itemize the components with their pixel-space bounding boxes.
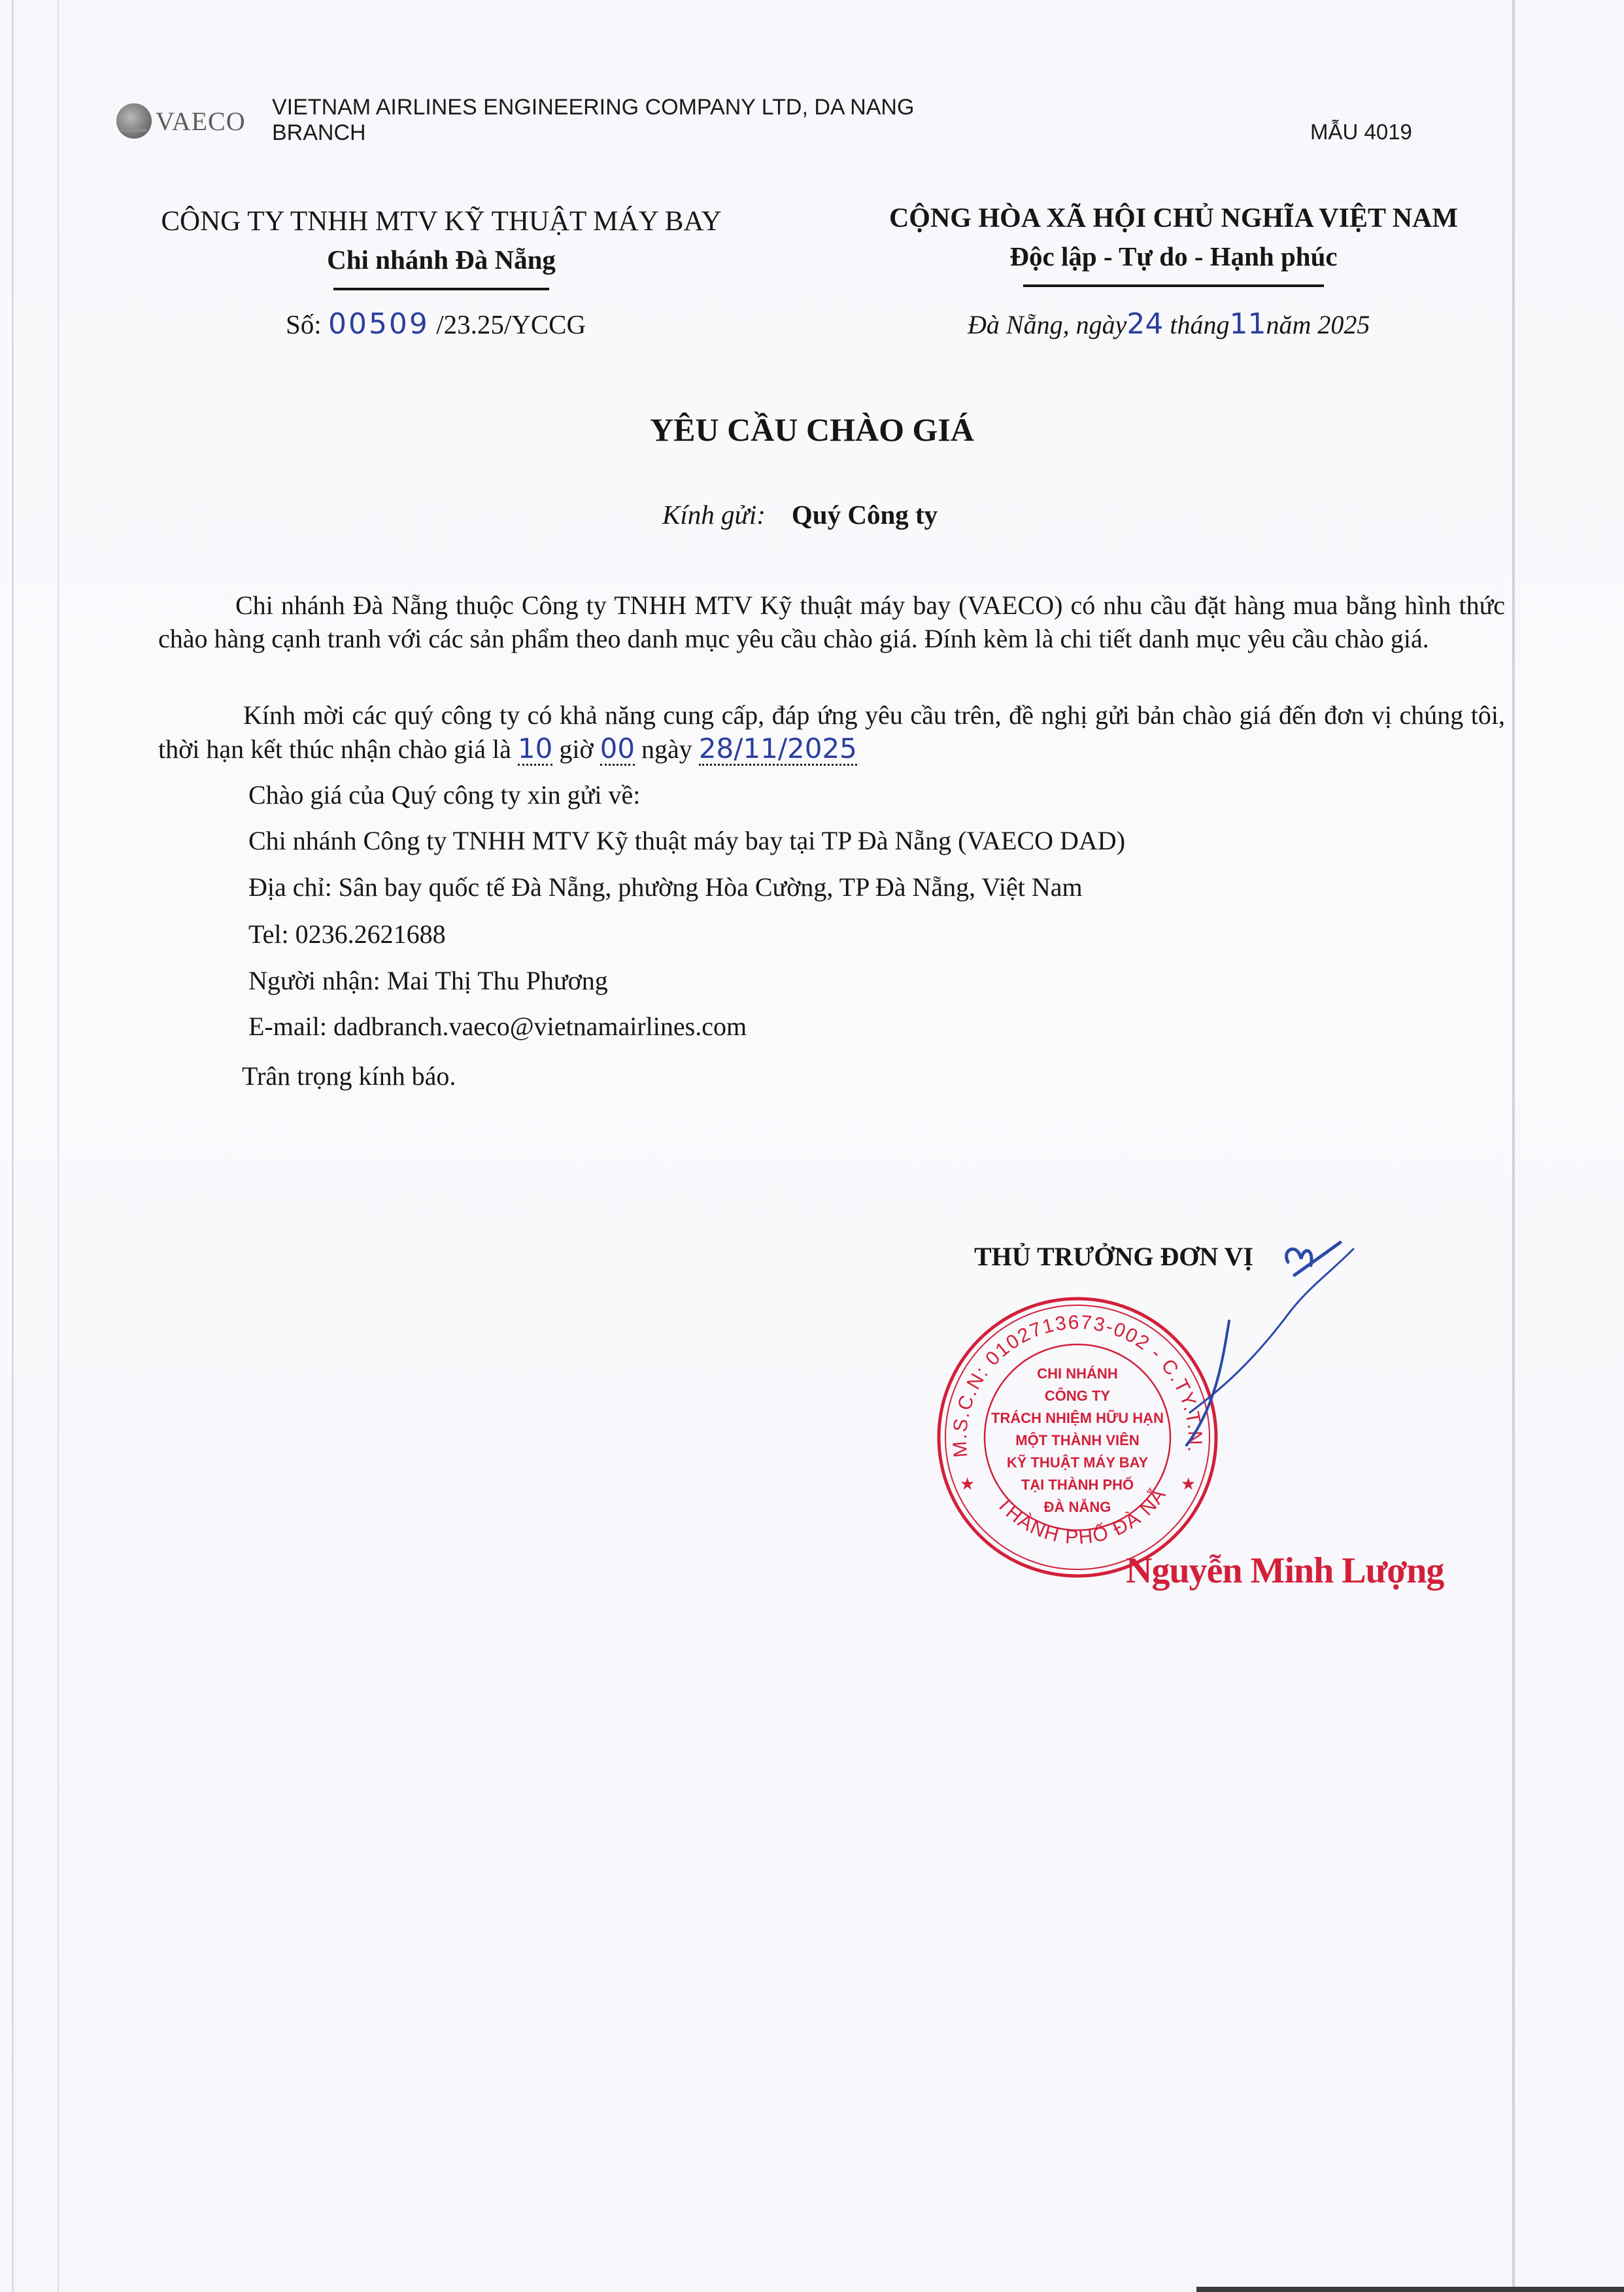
- issuer-heading: CÔNG TY TNHH MTV KỸ THUẬT MÁY BAY Chi nh…: [157, 203, 726, 290]
- date-line: Đà Nẵng, ngày24 tháng11năm 2025: [968, 307, 1370, 341]
- contact-branch: Chi nhánh Công ty TNHH MTV Kỹ thuật máy …: [248, 825, 1125, 856]
- scan-edge-line: [12, 0, 14, 2292]
- stamp-inner-line: CÔNG TY: [1045, 1388, 1111, 1404]
- scan-edge-line: [58, 0, 59, 2292]
- salutation: Kính gửi:Quý Công ty: [662, 499, 938, 530]
- scan-fold-line: [1512, 0, 1515, 2292]
- scan-bottom-strip: [1196, 2287, 1624, 2292]
- contact-recipient: Người nhận: Mai Thị Thu Phương: [248, 965, 608, 996]
- date-month: 11: [1229, 307, 1266, 341]
- branch-name: Chi nhánh Đà Nẵng: [157, 241, 726, 279]
- year-label: năm 2025: [1266, 310, 1370, 339]
- paragraph-deadline: Kính mời các quý công ty có khả năng cun…: [158, 698, 1505, 766]
- heading-divider: [333, 288, 549, 290]
- month-label: tháng: [1170, 310, 1229, 339]
- deadline-minute: 00: [600, 732, 635, 764]
- document-title: YÊU CẦU CHÀO GIÁ: [0, 411, 1624, 449]
- star-icon: ★: [1181, 1475, 1196, 1494]
- stamp-inner-line: MỘT THÀNH VIÊN: [1015, 1432, 1139, 1448]
- signer-name: Nguyễn Minh Lượng: [1126, 1550, 1444, 1592]
- contact-intro: Chào giá của Quý công ty xin gửi về:: [248, 779, 640, 810]
- form-code: MẪU 4019: [1310, 120, 1412, 145]
- document-page: VAECO VIETNAM AIRLINES ENGINEERING COMPA…: [0, 0, 1624, 2292]
- stamp-inner-line: TRÁCH NHIỆM HỮU HẠN: [991, 1410, 1164, 1426]
- national-heading: CỘNG HÒA XÃ HỘI CHỦ NGHĨA VIỆT NAM Độc l…: [870, 199, 1478, 287]
- date-day: 24: [1126, 307, 1163, 341]
- stamp-inner-line: CHI NHÁNH: [1037, 1365, 1117, 1382]
- stamp-inner-line: KỸ THUẬT MÁY BAY: [1007, 1454, 1149, 1471]
- handwritten-signature: [1177, 1236, 1373, 1452]
- date-prefix: Đà Nẵng, ngày: [968, 310, 1126, 339]
- stamp-inner-line: TẠI THÀNH PHỐ: [1021, 1476, 1134, 1493]
- deadline-hour: 10: [518, 732, 552, 764]
- doc-no-label: Số:: [286, 309, 322, 339]
- vaeco-logo: VAECO: [116, 103, 246, 139]
- contact-address: Địa chỉ: Sân bay quốc tế Đà Nẵng, phường…: [248, 872, 1083, 902]
- nation-name: CỘNG HÒA XÃ HỘI CHỦ NGHĨA VIỆT NAM: [870, 199, 1478, 237]
- heading-divider: [1023, 284, 1324, 287]
- doc-no-suffix: /23.25/YCCG: [436, 309, 586, 339]
- national-motto: Độc lập - Tự do - Hạnh phúc: [870, 237, 1478, 275]
- doc-no-handwritten: 00509: [328, 307, 430, 341]
- stamp-inner-line: ĐÀ NẴNG: [1044, 1499, 1111, 1515]
- salutation-recipient: Quý Công ty: [792, 500, 938, 530]
- hour-label: giờ: [559, 734, 593, 764]
- contact-tel: Tel: 0236.2621688: [248, 919, 446, 949]
- logo-text: VAECO: [156, 106, 246, 137]
- document-number: Số: 00509 /23.25/YCCG: [286, 307, 586, 341]
- salutation-label: Kính gửi:: [662, 500, 766, 530]
- deadline-date: 28/11/2025: [699, 732, 857, 764]
- globe-icon: [116, 103, 152, 139]
- closing-line: Trân trọng kính báo.: [242, 1061, 456, 1091]
- date-label: ngày: [641, 734, 692, 764]
- contact-email: E-mail: dadbranch.vaeco@vietnamairlines.…: [248, 1011, 747, 1042]
- organization-name: CÔNG TY TNHH MTV KỸ THUẬT MÁY BAY: [157, 203, 726, 241]
- company-name-english: VIETNAM AIRLINES ENGINEERING COMPANY LTD…: [272, 95, 991, 146]
- star-icon: ★: [960, 1475, 975, 1494]
- paragraph-request: Chi nhánh Đà Nẵng thuộc Công ty TNHH MTV…: [158, 589, 1505, 655]
